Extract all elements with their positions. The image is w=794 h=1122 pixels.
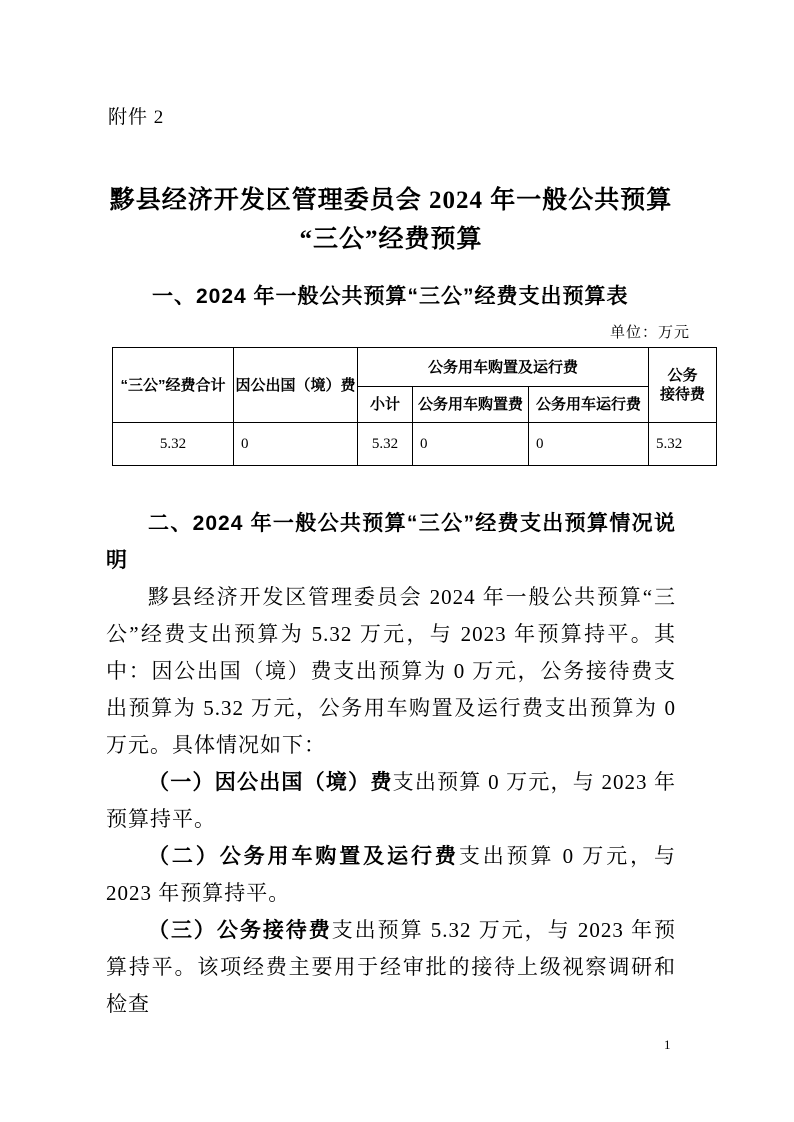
section1-heading: 一、2024 年一般公共预算“三公”经费支出预算表 [106,284,686,309]
header-total: “三公”经费合计 [113,348,234,423]
paragraph-item-3: （三）公务接待费支出预算 5.32 万元，与 2023 年预算持平。该项经费主要… [106,912,676,1023]
header-vehicle-purchase: 公务用车购置费 [413,387,529,423]
table-data-row: 5.32 0 5.32 0 0 5.32 [113,423,717,466]
value-vehicle-purchase: 0 [413,423,529,466]
header-vehicle-subtotal: 小计 [358,387,413,423]
paragraph-overview-text: 黟县经济开发区管理委员会 2024 年一般公共预算“三公”经费支出预算为 5.3… [106,585,676,757]
paragraph-item-2-lead: （二）公务用车购置及运行费 [148,844,459,868]
document-title-line1: 黟县经济开发区管理委员会 2024 年一般公共预算 [106,181,676,220]
value-vehicle-operation: 0 [529,423,649,466]
unit-note: 单位：万元 [610,321,690,342]
section2-body: 二、2024 年一般公共预算“三公”经费支出预算情况说明 黟县经济开发区管理委员… [106,505,676,1023]
page-number: 1 [664,1037,671,1053]
header-vehicle-operation: 公务用车运行费 [529,387,649,423]
header-reception: 公务 接待费 [649,348,717,423]
paragraph-item-2: （二）公务用车购置及运行费支出预算 0 万元，与 2023 年预算持平。 [106,838,676,912]
paragraph-overview: 黟县经济开发区管理委员会 2024 年一般公共预算“三公”经费支出预算为 5.3… [106,579,676,764]
paragraph-item-1: （一）因公出国（境）费支出预算 0 万元，与 2023 年预算持平。 [106,764,676,838]
document-page: 附件 2 黟县经济开发区管理委员会 2024 年一般公共预算 “三公”经费预算 … [0,0,794,1122]
value-abroad: 0 [234,423,358,466]
document-title-line2: “三公”经费预算 [106,220,676,259]
paragraph-item-3-lead: （三）公务接待费 [148,918,332,942]
budget-table: “三公”经费合计 因公出国（境）费 公务用车购置及运行费 公务 接待费 小计 公… [112,347,717,466]
value-total: 5.32 [113,423,234,466]
attachment-label: 附件 2 [108,102,164,129]
header-abroad: 因公出国（境）费 [234,348,358,423]
table-header-row-1: “三公”经费合计 因公出国（境）费 公务用车购置及运行费 公务 接待费 [113,348,717,387]
value-reception: 5.32 [649,423,717,466]
section2-heading: 二、2024 年一般公共预算“三公”经费支出预算情况说明 [106,505,676,579]
document-title: 黟县经济开发区管理委员会 2024 年一般公共预算 “三公”经费预算 [106,181,676,259]
header-vehicle-group: 公务用车购置及运行费 [358,348,649,387]
paragraph-item-1-lead: （一）因公出国（境）费 [148,770,393,794]
value-vehicle-subtotal: 5.32 [358,423,413,466]
